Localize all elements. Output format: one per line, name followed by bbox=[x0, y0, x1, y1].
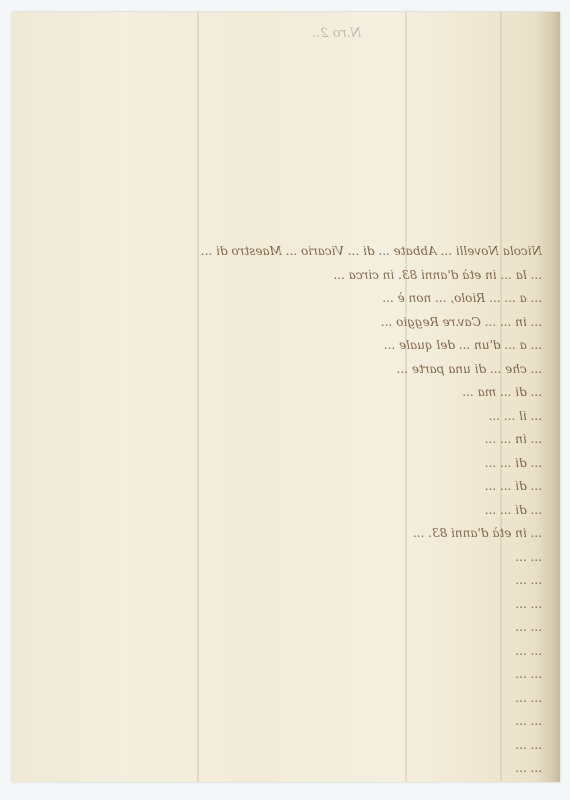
handwritten-line: ... in età d'anni 83. ... bbox=[82, 526, 542, 550]
handwritten-line: ... ... bbox=[82, 550, 542, 574]
handwritten-line: ... in ... ... Cav.re Reggio ... bbox=[82, 315, 542, 339]
manuscript-page: N.ro 2.. Nicola Novelli ... Abbate ... d… bbox=[12, 12, 560, 782]
handwritten-line: ... ... bbox=[82, 573, 542, 597]
handwritten-line: ... ... bbox=[82, 738, 542, 762]
pencil-annotation: N.ro 2.. bbox=[312, 26, 361, 41]
handwritten-line: ... ... bbox=[82, 691, 542, 715]
handwritten-line: ... il ... ... bbox=[82, 409, 542, 433]
handwritten-line: ... a ... ... Riolo, ... non è ... bbox=[82, 291, 542, 315]
handwritten-line: ... ... bbox=[82, 714, 542, 738]
handwritten-line: ... in ... ... bbox=[82, 432, 542, 456]
handwritten-line: ... di ... ... bbox=[82, 456, 542, 480]
handwritten-line: ... la ... in età d'anni 83. in circa ..… bbox=[82, 268, 542, 292]
handwritten-line: ... a ... d'un ... del quale ... bbox=[82, 338, 542, 362]
handwritten-line: ... che ... di una parte ... bbox=[82, 362, 542, 386]
handwritten-line: ... ... bbox=[82, 644, 542, 668]
handwritten-line: ... di ... ... bbox=[82, 503, 542, 527]
handwritten-line: ... ... bbox=[82, 667, 542, 691]
handwritten-line: ... di ... ... bbox=[82, 479, 542, 503]
handwritten-line: ... di ... ma ... bbox=[82, 385, 542, 409]
handwritten-text-block: Nicola Novelli ... Abbate ... di ... Vic… bbox=[82, 244, 542, 785]
handwritten-line: ... ... bbox=[82, 761, 542, 785]
handwritten-line: Nicola Novelli ... Abbate ... di ... Vic… bbox=[82, 244, 542, 268]
handwritten-line: ... ... bbox=[82, 620, 542, 644]
handwritten-line: ... ... bbox=[82, 597, 542, 621]
